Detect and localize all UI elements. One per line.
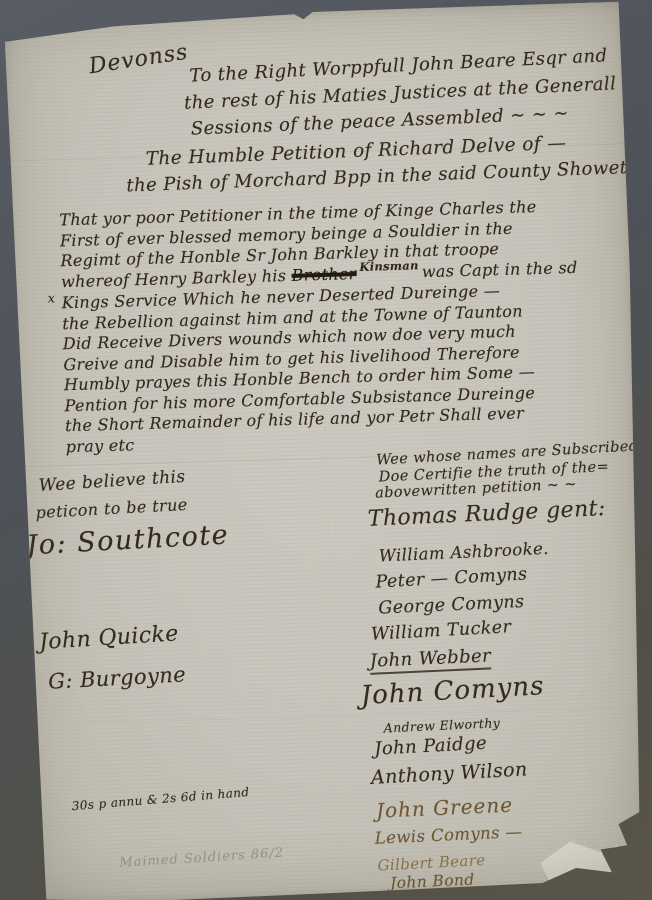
signature-jo-southcote: Jo: Southcote [26,519,230,561]
left-attestation-line-2: peticon to be true [35,495,188,522]
payment-note: 30s p annu & 2s 6d in hand [71,785,250,813]
signature-john-webber: John Webber [369,645,491,674]
fold-crease [21,707,643,726]
signature-john-quicke: John Quicke [38,621,179,655]
torn-corner [532,837,622,891]
signature-anthony-wilson: Anthony Wilson [370,758,528,788]
signature-george-comyns: George Comyns [378,592,525,619]
photograph-background: Devonss To the Right Worppfull John Bear… [0,0,652,900]
county-heading: Devonss [87,40,190,80]
petition-body: That yor poor Petitioner in the time of … [59,195,628,458]
signature-william-tucker: William Tucker [371,617,512,645]
signature-john-bond: John Bond [390,871,475,893]
body-text-after-correction: was Capt in the sd [422,257,578,280]
signature-lewis-comyns: Lewis Comyns — [374,822,523,848]
petition-manuscript-page: Devonss To the Right Worppfull John Bear… [2,1,648,900]
signature-peter-comyns: Peter — Comyns [375,564,528,592]
signature-william-ashbrooke: William Ashbrooke. [378,539,549,566]
archival-pencil-note: Maimed Soldiers 86/2 [119,846,285,871]
struck-out-word: Brother [291,264,357,285]
signature-g-burgoyne: G: Burgoyne [48,662,187,693]
interlinear-insertion: Kinsman [359,258,419,274]
margin-mark: x [47,291,55,306]
left-attestation-line-1: Wee believe this [38,467,186,496]
signature-thomas-rudge: Thomas Rudge gent: [367,496,606,532]
signature-john-greene: John Greene [375,793,513,823]
signature-john-comyns: John Comyns [360,671,545,711]
signature-john-paidge: John Paidge [374,733,488,760]
